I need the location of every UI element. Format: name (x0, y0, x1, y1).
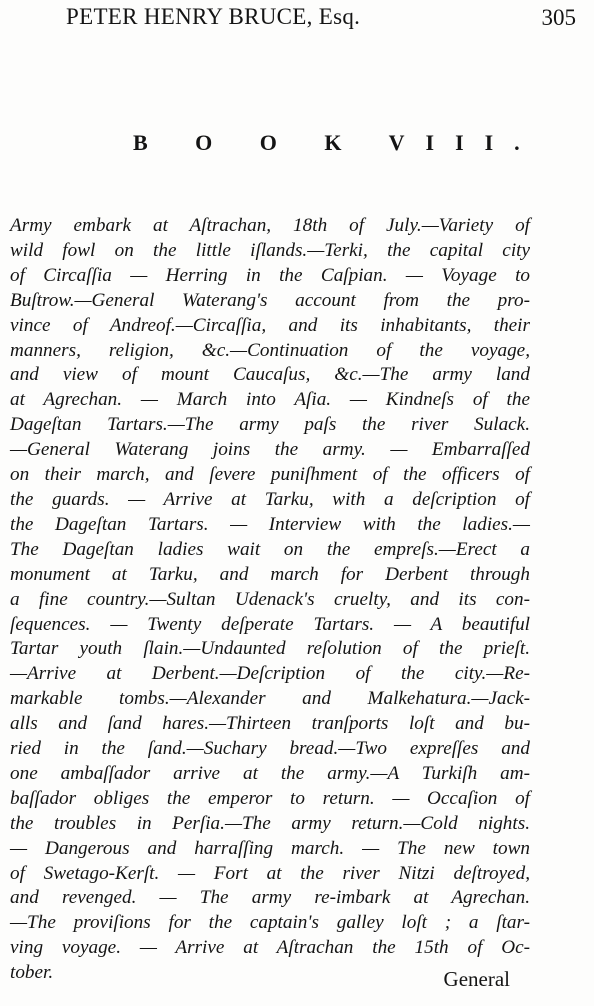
page-number: 305 (542, 5, 577, 31)
summary-line: and revenged. — The army re-imbark at Ag… (30, 886, 530, 911)
catchword: General (444, 967, 510, 992)
summary-line: —Arrive at Derbent.—Deſcription of the c… (30, 662, 530, 687)
summary-line: the troubles in Perſia.—The army return.… (30, 812, 530, 837)
running-head: PETER HENRY BRUCE, Esq. 305 (66, 4, 576, 38)
book-heading: B O O K VIII. (133, 130, 541, 156)
summary-line: ving voyage. — Arrive at Aſtrachan the 1… (30, 936, 530, 961)
running-title: PETER HENRY BRUCE, Esq. (66, 4, 360, 30)
summary-line: a fine country.—Sultan Udenack's cruelty… (30, 588, 530, 613)
summary-line: one ambaſſador arrive at the army.—A Tur… (30, 762, 530, 787)
summary-line: and view of mount Caucaſus, &c.—The army… (30, 363, 530, 388)
summary-line: vince of Andreof.—Circaſſia, and its inh… (30, 314, 530, 339)
summary-line: Army embark at Aſtrachan, 18th of July.—… (30, 214, 530, 239)
summary-line: — Dangerous and harraſſing march. — The … (30, 837, 530, 862)
summary-line: —The proviſions for the captain's galley… (30, 911, 530, 936)
summary-line: alls and ſand hares.—Thirteen tranſports… (30, 712, 530, 737)
summary-line: ſequences. — Twenty deſperate Tartars. —… (30, 613, 530, 638)
summary-line: monument at Tarku, and march for Derbent… (30, 563, 530, 588)
summary-line: baſſador obliges the emperor to return. … (30, 787, 530, 812)
summary-line: on their march, and ſevere puniſhment of… (30, 463, 530, 488)
chapter-summary: Army embark at Aſtrachan, 18th of July.—… (10, 214, 530, 986)
summary-line: The Dageſtan ladies wait on the empreſs.… (30, 538, 530, 563)
summary-line: manners, religion, &c.—Continuation of t… (30, 339, 530, 364)
summary-line: Dageſtan Tartars.—The army paſs the rive… (30, 413, 530, 438)
summary-line: the guards. — Arrive at Tarku, with a de… (30, 488, 530, 513)
summary-line: wild fowl on the little iſlands.—Terki, … (30, 239, 530, 264)
summary-line: at Agrechan. — March into Aſia. — Kindne… (30, 388, 530, 413)
summary-line: Tartar youth ſlain.—Undaunted reſolution… (30, 637, 530, 662)
summary-line: markable tombs.—Alexander and Malkehatur… (30, 687, 530, 712)
summary-line: of Swetago-Kerſt. — Fort at the river Ni… (30, 862, 530, 887)
summary-line: —General Waterang joins the army. — Emba… (30, 438, 530, 463)
summary-line: the Dageſtan Tartars. — Interview with t… (30, 513, 530, 538)
summary-line: ried in the ſand.—Suchary bread.—Two exp… (30, 737, 530, 762)
summary-line: of Circaſſia — Herring in the Caſpian. —… (30, 264, 530, 289)
summary-line: Buſtrow.—General Waterang's account from… (30, 289, 530, 314)
